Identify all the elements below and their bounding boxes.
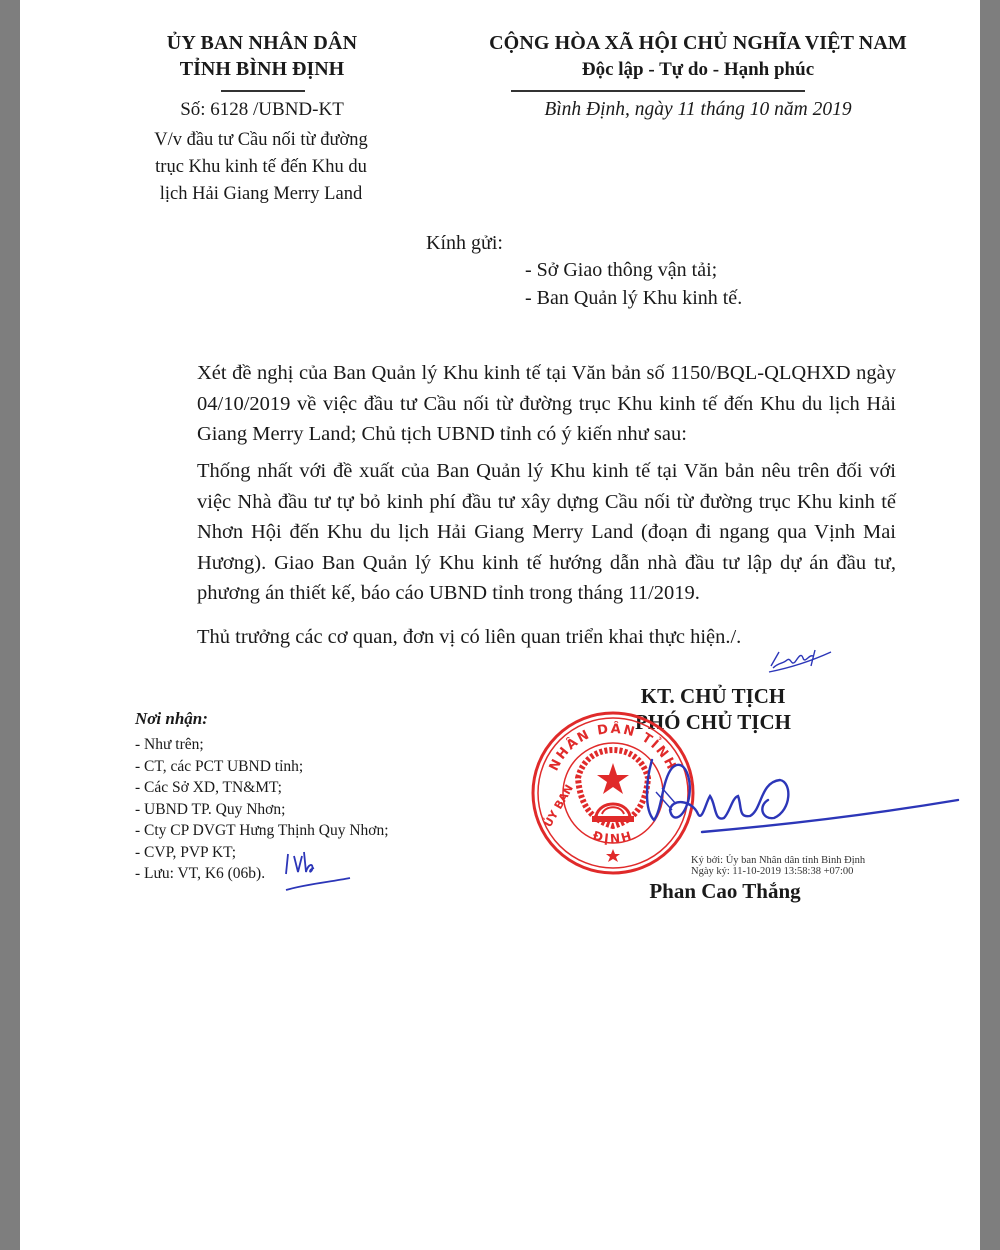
authority-line: KT. CHỦ TỊCH bbox=[598, 683, 828, 709]
nation-title: CỘNG HÒA XÃ HỘI CHỦ NGHĨA VIỆT NAM bbox=[438, 30, 958, 56]
receiver-item: - Như trên; bbox=[135, 734, 389, 756]
signed-date: Ngày ký: 11-10-2019 13:58:38 +07:00 bbox=[691, 866, 865, 877]
handwritten-signature-icon bbox=[632, 740, 962, 850]
digital-signature-info: Ký bởi: Ủy ban Nhân dân tỉnh Bình Định N… bbox=[691, 855, 865, 877]
body-paragraph: Xét đề nghị của Ban Quản lý Khu kinh tế … bbox=[134, 358, 896, 450]
receiver-item: - UBND TP. Quy Nhơn; bbox=[135, 799, 389, 821]
authority-name: ỦY BAN NHÂN DÂN bbox=[112, 30, 412, 56]
svg-text:ỦY BAN: ỦY BAN bbox=[540, 782, 576, 830]
receiver-item: - Các Sở XD, TN&MT; bbox=[135, 777, 389, 799]
document-page: ỦY BAN NHÂN DÂN TỈNH BÌNH ĐỊNH Số: 6128 … bbox=[20, 0, 980, 1250]
signed-by: Ký bởi: Ủy ban Nhân dân tỉnh Bình Định bbox=[691, 855, 865, 866]
receivers-title: Nơi nhận: bbox=[135, 709, 208, 729]
subject-line: V/v đầu tư Cầu nối từ đường bbox=[120, 127, 402, 154]
clerk-initial-icon bbox=[280, 848, 360, 893]
receiver-item: - Cty CP DVGT Hưng Thịnh Quy Nhơn; bbox=[135, 820, 389, 842]
authority-underline bbox=[221, 90, 305, 92]
date-line: Bình Định, ngày 11 tháng 10 năm 2019 bbox=[438, 97, 958, 123]
recipients-label: Kính gửi: bbox=[426, 230, 503, 256]
receiver-item: - CT, các PCT UBND tỉnh; bbox=[135, 756, 389, 778]
recipient-item: - Sở Giao thông vận tải; bbox=[525, 256, 717, 284]
paragraph-text: Thống nhất với đề xuất của Ban Quản lý K… bbox=[134, 456, 896, 609]
subject-line: lịch Hải Giang Merry Land bbox=[120, 181, 402, 208]
issuing-authority: ỦY BAN NHÂN DÂN TỈNH BÌNH ĐỊNH bbox=[112, 30, 412, 82]
svg-text:ĐỊNH: ĐỊNH bbox=[591, 828, 635, 846]
document-number: Số: 6128 /UBND-KT bbox=[112, 98, 412, 122]
signer-name: Phan Cao Thắng bbox=[605, 879, 845, 904]
initial-mark-icon bbox=[765, 644, 835, 676]
national-header: CỘNG HÒA XÃ HỘI CHỦ NGHĨA VIỆT NAM Độc l… bbox=[438, 30, 958, 83]
authority-province: TỈNH BÌNH ĐỊNH bbox=[112, 56, 412, 82]
motto-underline bbox=[511, 90, 805, 92]
document-subject: V/v đầu tư Cầu nối từ đường trục Khu kin… bbox=[120, 127, 402, 208]
paragraph-text: Xét đề nghị của Ban Quản lý Khu kinh tế … bbox=[134, 358, 896, 450]
subject-line: trục Khu kinh tế đến Khu du bbox=[120, 154, 402, 181]
body-paragraph: Thống nhất với đề xuất của Ban Quản lý K… bbox=[134, 456, 896, 609]
recipient-item: - Ban Quản lý Khu kinh tế. bbox=[525, 284, 742, 312]
national-motto: Độc lập - Tự do - Hạnh phúc bbox=[438, 56, 958, 83]
